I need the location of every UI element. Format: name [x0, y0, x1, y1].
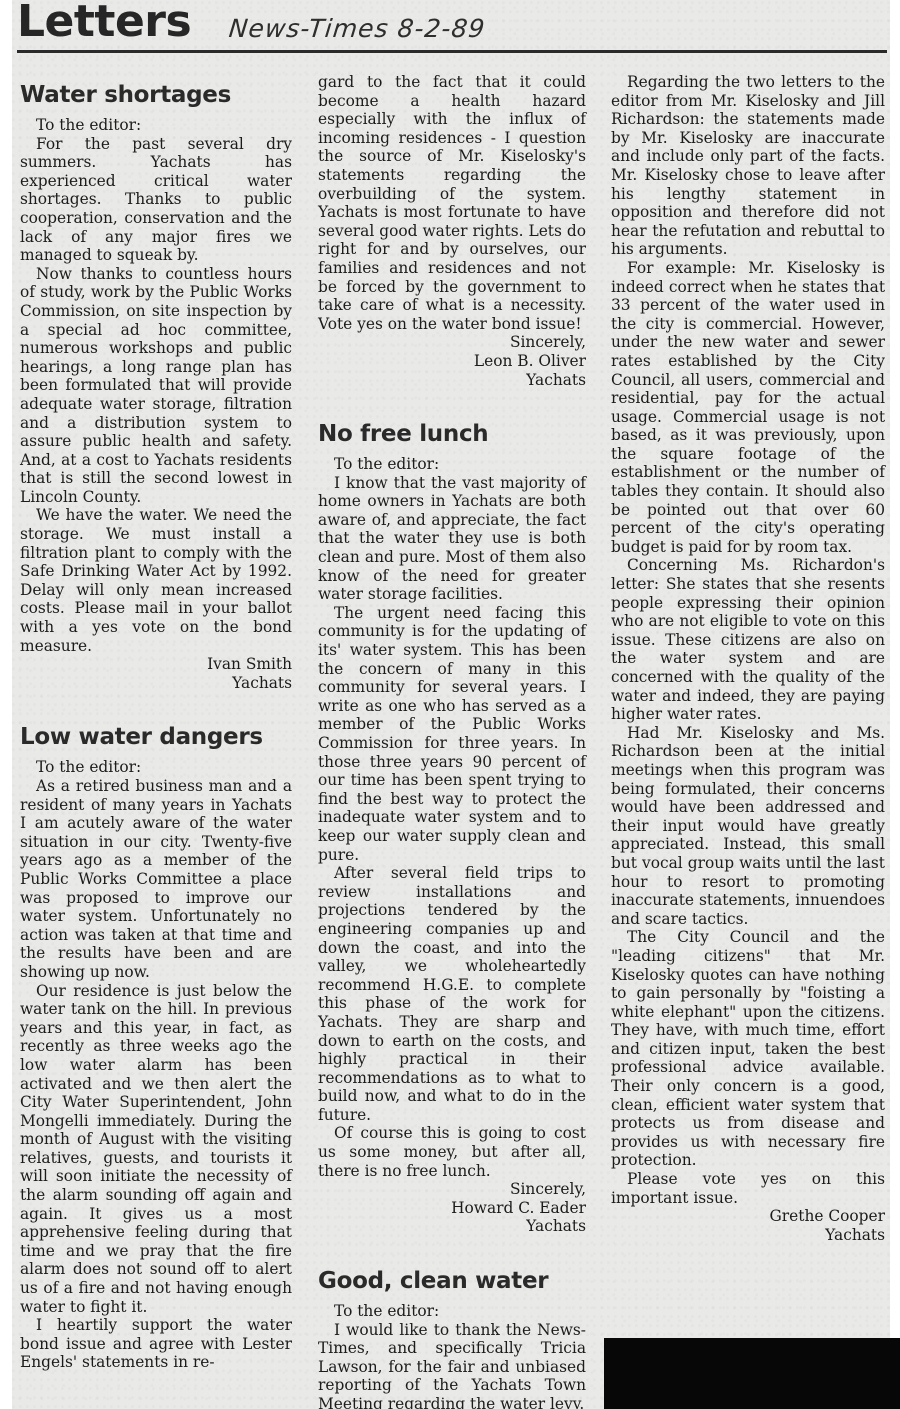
- paragraph-continued: gard to the fact that it could become a …: [318, 73, 586, 333]
- headline: Water shortages: [20, 80, 292, 110]
- paragraph: I heartily support the water bond issue …: [20, 1316, 292, 1372]
- signature-town: Yachats: [20, 674, 292, 693]
- paragraph: We have the water. We need the storage. …: [20, 506, 292, 655]
- signature-name: Leon B. Oliver: [318, 352, 586, 371]
- headline: Good, clean water: [318, 1266, 586, 1296]
- paragraph: As a retired business man and a resident…: [20, 777, 292, 982]
- paragraph: For the past several dry summers. Yachat…: [20, 135, 292, 265]
- signature-name: Ivan Smith: [20, 655, 292, 674]
- salutation: To the editor:: [318, 455, 586, 474]
- section-title: Letters: [17, 0, 191, 47]
- paragraph: Our residence is just below the water ta…: [20, 982, 292, 1317]
- paragraph: Had Mr. Kiselosky and Ms. Richardson bee…: [611, 724, 885, 929]
- paragraph: Concerning Ms. Richardon's letter: She s…: [611, 556, 885, 723]
- paragraph: For example: Mr. Kiselosky is indeed cor…: [611, 259, 885, 557]
- masthead: Letters News-Times 8-2-89: [17, 2, 887, 53]
- paragraph: Regarding the two letters to the editor …: [611, 73, 885, 259]
- letter-no-free-lunch: No free lunch To the editor: I know that…: [318, 419, 586, 1236]
- signature-town: Yachats: [318, 371, 586, 390]
- paragraph: Please vote yes on this important issue.: [611, 1170, 885, 1207]
- salutation: To the editor:: [20, 116, 292, 135]
- signature-name: Howard C. Eader: [318, 1199, 586, 1218]
- paragraph: The City Council and the "leading citize…: [611, 928, 885, 1170]
- paragraph: Now thanks to countless hours of study, …: [20, 265, 292, 507]
- salutation: To the editor:: [318, 1302, 586, 1321]
- column-2: gard to the fact that it could become a …: [318, 73, 586, 1409]
- paragraph: After several field trips to review inst…: [318, 864, 586, 1124]
- column-3: Regarding the two letters to the editor …: [611, 73, 885, 1244]
- letter-low-water-dangers-continued: gard to the fact that it could become a …: [318, 73, 586, 389]
- signature-name: Grethe Cooper: [611, 1207, 885, 1226]
- column-1: Water shortages To the editor: For the p…: [20, 80, 292, 1372]
- paragraph: I would like to thank the News-Times, an…: [318, 1321, 586, 1409]
- signature-closing: Sincerely,: [318, 333, 586, 352]
- signature-town: Yachats: [318, 1217, 586, 1236]
- handwritten-source-date: News-Times 8-2-89: [227, 14, 486, 43]
- letter-water-shortages: Water shortages To the editor: For the p…: [20, 80, 292, 692]
- salutation: To the editor:: [20, 758, 292, 777]
- letter-low-water-dangers: Low water dangers To the editor: As a re…: [20, 722, 292, 1372]
- headline: No free lunch: [318, 419, 586, 449]
- headline: Low water dangers: [20, 722, 292, 752]
- paragraph: Of course this is going to cost us some …: [318, 1124, 586, 1180]
- scan-black-region: [604, 1338, 900, 1409]
- letter-good-clean-water-continued: Regarding the two letters to the editor …: [611, 73, 885, 1244]
- signature-closing: Sincerely,: [318, 1180, 586, 1199]
- paragraph: I know that the vast majority of home ow…: [318, 474, 586, 604]
- signature-town: Yachats: [611, 1226, 885, 1245]
- paragraph: The urgent need facing this community is…: [318, 604, 586, 864]
- letter-good-clean-water: Good, clean water To the editor: I would…: [318, 1266, 586, 1409]
